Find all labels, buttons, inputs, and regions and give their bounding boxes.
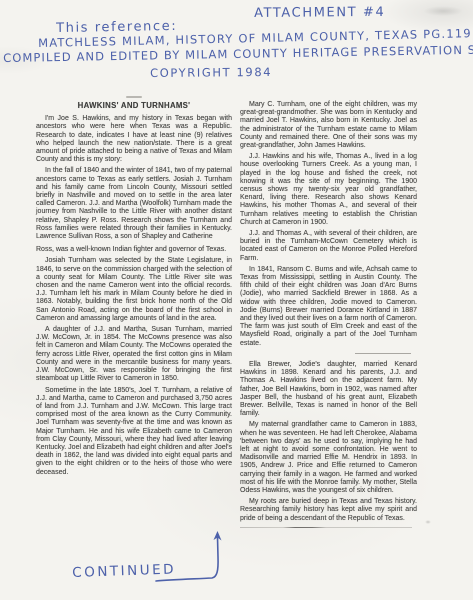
article-left-column: HAWKINS' AND TURNHAMS' I'm Joe S. Hawkin… xyxy=(36,96,232,480)
paragraph: A daughter of J.J. and Martha, Susan Tur… xyxy=(36,326,232,383)
paragraph: J.J. Hawkins and his wife, Thomas A., li… xyxy=(240,153,417,227)
paragraph: In 1841, Ransom C. Burns and wife, Achsa… xyxy=(240,266,417,348)
scan-speck xyxy=(425,520,431,524)
article-heading: HAWKINS' AND TURNHAMS' xyxy=(36,102,232,110)
scanned-document-page: ATTACHMENT #4 This reference: MATCHLESS … xyxy=(0,0,473,600)
paragraph: Mary C. Turnham, one of the eight childr… xyxy=(240,101,417,150)
scan-smudge xyxy=(423,6,463,16)
paragraph: In the fall of 1840 and the winter of 18… xyxy=(36,167,232,241)
continued-arrow-icon xyxy=(152,527,227,589)
paragraph: My roots are buried deep in Texas and Te… xyxy=(240,498,417,523)
section-divider-line xyxy=(355,353,411,354)
paragraph: I'm Joe S. Hawkins, and my history in Te… xyxy=(36,115,232,164)
paragraph: Ella Brewer, Jodie's daughter, married K… xyxy=(240,361,417,418)
scan-mark xyxy=(126,96,142,98)
paragraph: My maternal grandfather came to Cameron … xyxy=(240,421,417,495)
paragraph: Sometime in the late 1850's, Joel T. Tur… xyxy=(36,387,232,477)
paragraph: Josiah Turnham was selected by the State… xyxy=(36,257,232,323)
handwritten-attachment-label: ATTACHMENT #4 xyxy=(254,5,385,21)
end-of-article-rule xyxy=(240,527,412,528)
paragraph-continuation: Ross, was a well-known Indian fighter an… xyxy=(36,246,232,254)
article-right-column: Mary C. Turnham, one of the eight childr… xyxy=(240,101,417,528)
paragraph: J.J. and Thomas A., with several of thei… xyxy=(240,230,417,263)
handwritten-copyright: COPYRIGHT 1984 xyxy=(150,65,272,80)
